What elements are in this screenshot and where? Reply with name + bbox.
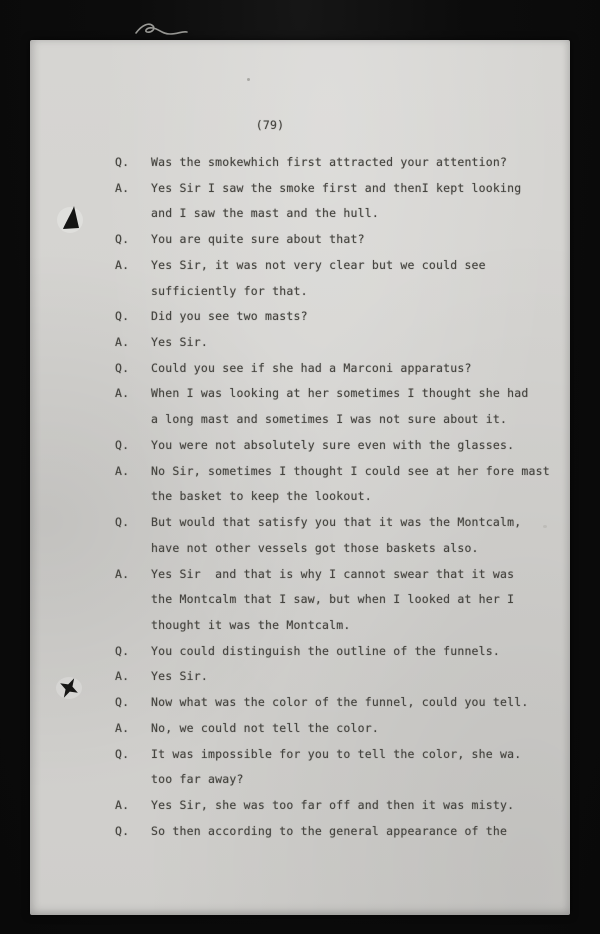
qa-entry: Q.You were not absolutely sure even with…: [115, 433, 545, 459]
speaker-label: A.: [115, 381, 151, 407]
qa-lines: Did you see two masts?: [151, 304, 545, 330]
qa-line: Yes Sir I saw the smoke first and thenI …: [151, 176, 545, 202]
speaker-label: A.: [115, 459, 151, 485]
qa-lines: So then according to the general appeara…: [151, 819, 545, 845]
document-page: (79) Q.Was the smokewhich first attracte…: [30, 40, 570, 915]
speaker-label: A.: [115, 253, 151, 279]
qa-entry: A.Yes Sir.: [115, 330, 545, 356]
qa-line: Did you see two masts?: [151, 304, 545, 330]
qa-entry: Q.Did you see two masts?: [115, 304, 545, 330]
qa-line: Yes Sir.: [151, 330, 545, 356]
qa-entry: Q.You are quite sure about that?: [115, 227, 545, 253]
qa-lines: Yes Sir.: [151, 664, 545, 690]
qa-line: Yes Sir, she was too far off and then it…: [151, 793, 545, 819]
qa-line: the basket to keep the lookout.: [151, 484, 550, 510]
speaker-label: Q.: [115, 356, 151, 382]
qa-entry: A.No Sir, sometimes I thought I could se…: [115, 459, 545, 510]
qa-line: No, we could not tell the color.: [151, 716, 545, 742]
paper-speck: [500, 840, 503, 843]
qa-lines: It was impossible for you to tell the co…: [151, 742, 545, 793]
qa-entry: Q.Could you see if she had a Marconi app…: [115, 356, 545, 382]
qa-lines: No, we could not tell the color.: [151, 716, 545, 742]
speaker-label: Q.: [115, 150, 151, 176]
qa-entry: A.No, we could not tell the color.: [115, 716, 545, 742]
qa-entry: Q.It was impossible for you to tell the …: [115, 742, 545, 793]
qa-lines: Yes Sir and that is why I cannot swear t…: [151, 562, 545, 639]
qa-line: too far away?: [151, 767, 545, 793]
qa-lines: Was the smokewhich first attracted your …: [151, 150, 545, 176]
qa-entry: A.Yes Sir I saw the smoke first and then…: [115, 176, 545, 227]
speaker-label: Q.: [115, 819, 151, 845]
star-ink-blot: [54, 672, 84, 704]
qa-lines: You were not absolutely sure even with t…: [151, 433, 545, 459]
paper-speck: [247, 78, 250, 81]
qa-entry: A.Yes Sir.: [115, 664, 545, 690]
qa-lines: But would that satisfy you that it was t…: [151, 510, 545, 561]
qa-line: and I saw the mast and the hull.: [151, 201, 545, 227]
speaker-label: Q.: [115, 227, 151, 253]
speaker-label: Q.: [115, 433, 151, 459]
qa-line: So then according to the general appeara…: [151, 819, 545, 845]
qa-line: the Montcalm that I saw, but when I look…: [151, 587, 545, 613]
qa-lines: Could you see if she had a Marconi appar…: [151, 356, 545, 382]
qa-line: Could you see if she had a Marconi appar…: [151, 356, 545, 382]
qa-entry: Q.But would that satisfy you that it was…: [115, 510, 545, 561]
transcript: Q.Was the smokewhich first attracted you…: [115, 150, 545, 844]
qa-line: Yes Sir.: [151, 664, 545, 690]
qa-line: Yes Sir, it was not very clear but we co…: [151, 253, 545, 279]
qa-line: You are quite sure about that?: [151, 227, 545, 253]
qa-line: thought it was the Montcalm.: [151, 613, 545, 639]
speaker-label: A.: [115, 176, 151, 202]
speaker-label: Q.: [115, 510, 151, 536]
qa-line: sufficiently for that.: [151, 279, 545, 305]
speaker-label: A.: [115, 664, 151, 690]
qa-line: It was impossible for you to tell the co…: [151, 742, 545, 768]
page-number: (79): [239, 118, 301, 132]
triangle-ink-blot: [56, 198, 86, 236]
qa-entry: Q.Now what was the color of the funnel, …: [115, 690, 545, 716]
qa-lines: Yes Sir I saw the smoke first and thenI …: [151, 176, 545, 227]
qa-line: You could distinguish the outline of the…: [151, 639, 545, 665]
paper-speck: [543, 525, 547, 528]
qa-lines: No Sir, sometimes I thought I could see …: [151, 459, 550, 510]
qa-entry: A.Yes Sir and that is why I cannot swear…: [115, 562, 545, 639]
qa-lines: Yes Sir.: [151, 330, 545, 356]
speaker-label: A.: [115, 330, 151, 356]
qa-line: You were not absolutely sure even with t…: [151, 433, 545, 459]
qa-lines: Yes Sir, she was too far off and then it…: [151, 793, 545, 819]
qa-lines: When I was looking at her sometimes I th…: [151, 381, 545, 432]
qa-entry: A.When I was looking at her sometimes I …: [115, 381, 545, 432]
qa-entry: Q.So then according to the general appea…: [115, 819, 545, 845]
speaker-label: A.: [115, 793, 151, 819]
qa-lines: Yes Sir, it was not very clear but we co…: [151, 253, 545, 304]
qa-lines: You could distinguish the outline of the…: [151, 639, 545, 665]
qa-line: No Sir, sometimes I thought I could see …: [151, 459, 550, 485]
speaker-label: A.: [115, 562, 151, 588]
qa-entry: Q.Was the smokewhich first attracted you…: [115, 150, 545, 176]
speaker-label: A.: [115, 716, 151, 742]
qa-entry: Q.You could distinguish the outline of t…: [115, 639, 545, 665]
qa-lines: Now what was the color of the funnel, co…: [151, 690, 545, 716]
qa-line: Yes Sir and that is why I cannot swear t…: [151, 562, 545, 588]
qa-entry: A.Yes Sir, she was too far off and then …: [115, 793, 545, 819]
qa-line: But would that satisfy you that it was t…: [151, 510, 545, 536]
qa-lines: You are quite sure about that?: [151, 227, 545, 253]
speaker-label: Q.: [115, 304, 151, 330]
speaker-label: Q.: [115, 690, 151, 716]
qa-line: When I was looking at her sometimes I th…: [151, 381, 545, 407]
qa-line: a long mast and sometimes I was not sure…: [151, 407, 545, 433]
speaker-label: Q.: [115, 742, 151, 768]
qa-line: Was the smokewhich first attracted your …: [151, 150, 545, 176]
speaker-label: Q.: [115, 639, 151, 665]
qa-line: have not other vessels got those baskets…: [151, 536, 545, 562]
qa-line: Now what was the color of the funnel, co…: [151, 690, 545, 716]
qa-entry: A.Yes Sir, it was not very clear but we …: [115, 253, 545, 304]
